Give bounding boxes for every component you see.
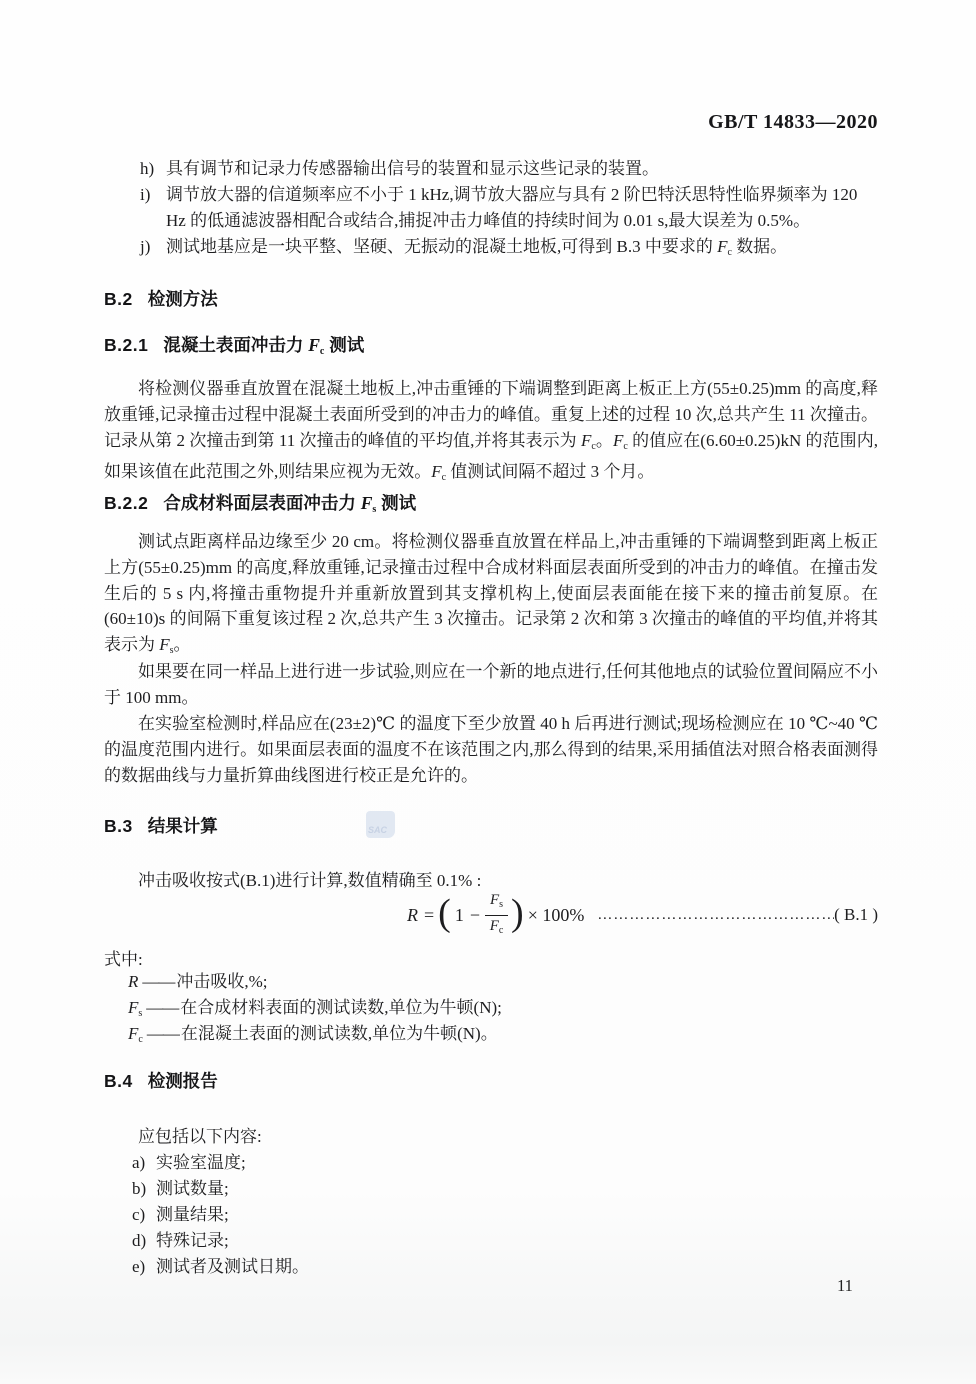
- section-title: 混凝土表面冲击力 Fc 测试: [163, 335, 364, 355]
- section-number: B.2: [104, 289, 133, 309]
- section-b22-heading: B.2.2合成材料面层表面冲击力 Fs 测试: [104, 492, 880, 521]
- definition-dash: ——: [142, 972, 174, 991]
- symbol-Fc-sub: c: [499, 925, 503, 936]
- list-item-label: h): [140, 156, 154, 182]
- section-b21-heading: B.2.1混凝土表面冲击力 Fc 测试: [104, 334, 880, 363]
- page-number: 11: [837, 1276, 853, 1296]
- para-b22-body-2: 如果要在同一样品上进行进一步试验,则应在一个新的地点进行,任何其他地点的试验位置…: [104, 659, 878, 711]
- formula-fraction: Fs Fc: [485, 891, 508, 940]
- report-item-b: b) 测试数量;: [104, 1176, 880, 1202]
- section-number: B.4: [104, 1071, 133, 1091]
- document-page: GB/T 14833—2020 h) 具有调节和记录力传感器输出信号的装置和显示…: [0, 0, 976, 1384]
- minus-sign: −: [470, 905, 480, 926]
- section-title: 结果计算: [148, 816, 218, 836]
- symbol-Fs: F: [490, 892, 499, 908]
- list-item-text: 实验室温度;: [156, 1153, 246, 1172]
- symbol-Fs-sub: s: [499, 899, 503, 910]
- definition-description: 在合成材料表面的测试读数,单位为牛顿(N);: [180, 998, 502, 1017]
- para-b22-body-3: 在实验室检测时,样品应在(23±2)℃ 的温度下至少放置 40 h 后再进行测试…: [104, 711, 878, 788]
- list-item-text: 测试数量;: [156, 1179, 229, 1198]
- formula-lhs: R: [407, 905, 418, 926]
- definition-symbol: Fs: [128, 998, 142, 1017]
- list-item-text: 具有调节和记录力传感器输出信号的装置和显示这些记录的装置。: [166, 159, 659, 178]
- report-item-e: e) 测试者及测试日期。: [104, 1254, 880, 1280]
- section-number: B.2.1: [104, 335, 148, 355]
- list-item-text: 调节放大器的信道频率应不小于 1 kHz,调节放大器应与具有 2 阶巴特沃思特性…: [166, 185, 857, 230]
- times-100-percent: × 100%: [528, 905, 585, 926]
- para-b22-body-1: 测试点距离样品边缘至少 20 cm。将检测仪器垂直放置在样品上,冲击重锤的下端调…: [104, 529, 878, 664]
- list-item-i: i) 调节放大器的信道频率应不小于 1 kHz,调节放大器应与具有 2 阶巴特沃…: [104, 182, 880, 234]
- para-b4-intro: 应包括以下内容:: [104, 1124, 878, 1150]
- formula-one: 1: [455, 905, 464, 926]
- definition-dash: ——: [146, 998, 178, 1017]
- formula-b1: R = ( 1 − Fs Fc ) × 100% …………………………………………: [104, 889, 878, 941]
- section-b4-heading: B.4检测报告: [104, 1070, 880, 1092]
- list-item-text: 测试者及测试日期。: [156, 1257, 309, 1276]
- list-item-text: 特殊记录;: [156, 1231, 229, 1250]
- report-item-c: c) 测量结果;: [104, 1202, 880, 1228]
- definition-description: 冲击吸收,%;: [176, 972, 267, 991]
- report-contents-list: a) 实验室温度; b) 测试数量; c) 测量结果; d) 特殊记录; e) …: [104, 1150, 880, 1280]
- definition-symbol: R: [128, 972, 138, 991]
- definition-dash: ——: [147, 1024, 179, 1043]
- definition-symbol: Fc: [128, 1024, 143, 1043]
- list-item-label: c): [132, 1202, 145, 1228]
- section-title: 检测方法: [148, 289, 218, 309]
- section-number: B.2.2: [104, 493, 148, 513]
- formula-equation: R = ( 1 − Fs Fc ) × 100%: [404, 891, 587, 940]
- formula-number-label: ( B.1 ): [834, 905, 878, 925]
- definition-Fc: Fc——在混凝土表面的测试读数,单位为牛顿(N)。: [104, 1021, 878, 1053]
- section-b3-heading: B.3结果计算: [104, 815, 880, 837]
- list-item-label: i): [140, 182, 150, 208]
- list-item-text: 测量结果;: [156, 1205, 229, 1224]
- list-item-label: d): [132, 1228, 146, 1254]
- list-item-h: h) 具有调节和记录力传感器输出信号的装置和显示这些记录的装置。: [104, 156, 880, 182]
- list-item-label: e): [132, 1254, 145, 1280]
- section-title: 合成材料面层表面冲击力 Fs 测试: [163, 493, 416, 513]
- formula-dot-leader: ……………………………………………: [587, 907, 834, 924]
- equals-sign: =: [424, 905, 434, 926]
- definition-R: R——冲击吸收,%;: [104, 969, 878, 995]
- equipment-requirements-list: h) 具有调节和记录力传感器输出信号的装置和显示这些记录的装置。 i) 调节放大…: [104, 156, 880, 266]
- list-item-label: j): [140, 234, 150, 260]
- definition-description: 在混凝土表面的测试读数,单位为牛顿(N)。: [181, 1024, 498, 1043]
- open-paren: (: [438, 894, 451, 932]
- section-number: B.3: [104, 816, 133, 836]
- symbol-Fc: F: [490, 918, 499, 934]
- list-item-j: j) 测试地基应是一块平整、坚硬、无振动的混凝土地板,可得到 B.3 中要求的 …: [104, 234, 880, 266]
- para-b21-body: 将检测仪器垂直放置在混凝土地板上,冲击重锤的下端调整到距离上板正上方(55±0.…: [104, 376, 878, 491]
- fraction-numerator: Fs: [485, 891, 508, 916]
- section-title: 检测报告: [148, 1071, 218, 1091]
- close-paren: ): [511, 894, 524, 932]
- report-item-a: a) 实验室温度;: [104, 1150, 880, 1176]
- standard-code: GB/T 14833—2020: [708, 111, 878, 134]
- list-item-text: 测试地基应是一块平整、坚硬、无振动的混凝土地板,可得到 B.3 中要求的 Fc …: [166, 237, 787, 256]
- list-item-label: b): [132, 1176, 146, 1202]
- section-b2-heading: B.2检测方法: [104, 288, 880, 310]
- fraction-denominator: Fc: [490, 916, 504, 940]
- report-item-d: d) 特殊记录;: [104, 1228, 880, 1254]
- list-item-label: a): [132, 1150, 145, 1176]
